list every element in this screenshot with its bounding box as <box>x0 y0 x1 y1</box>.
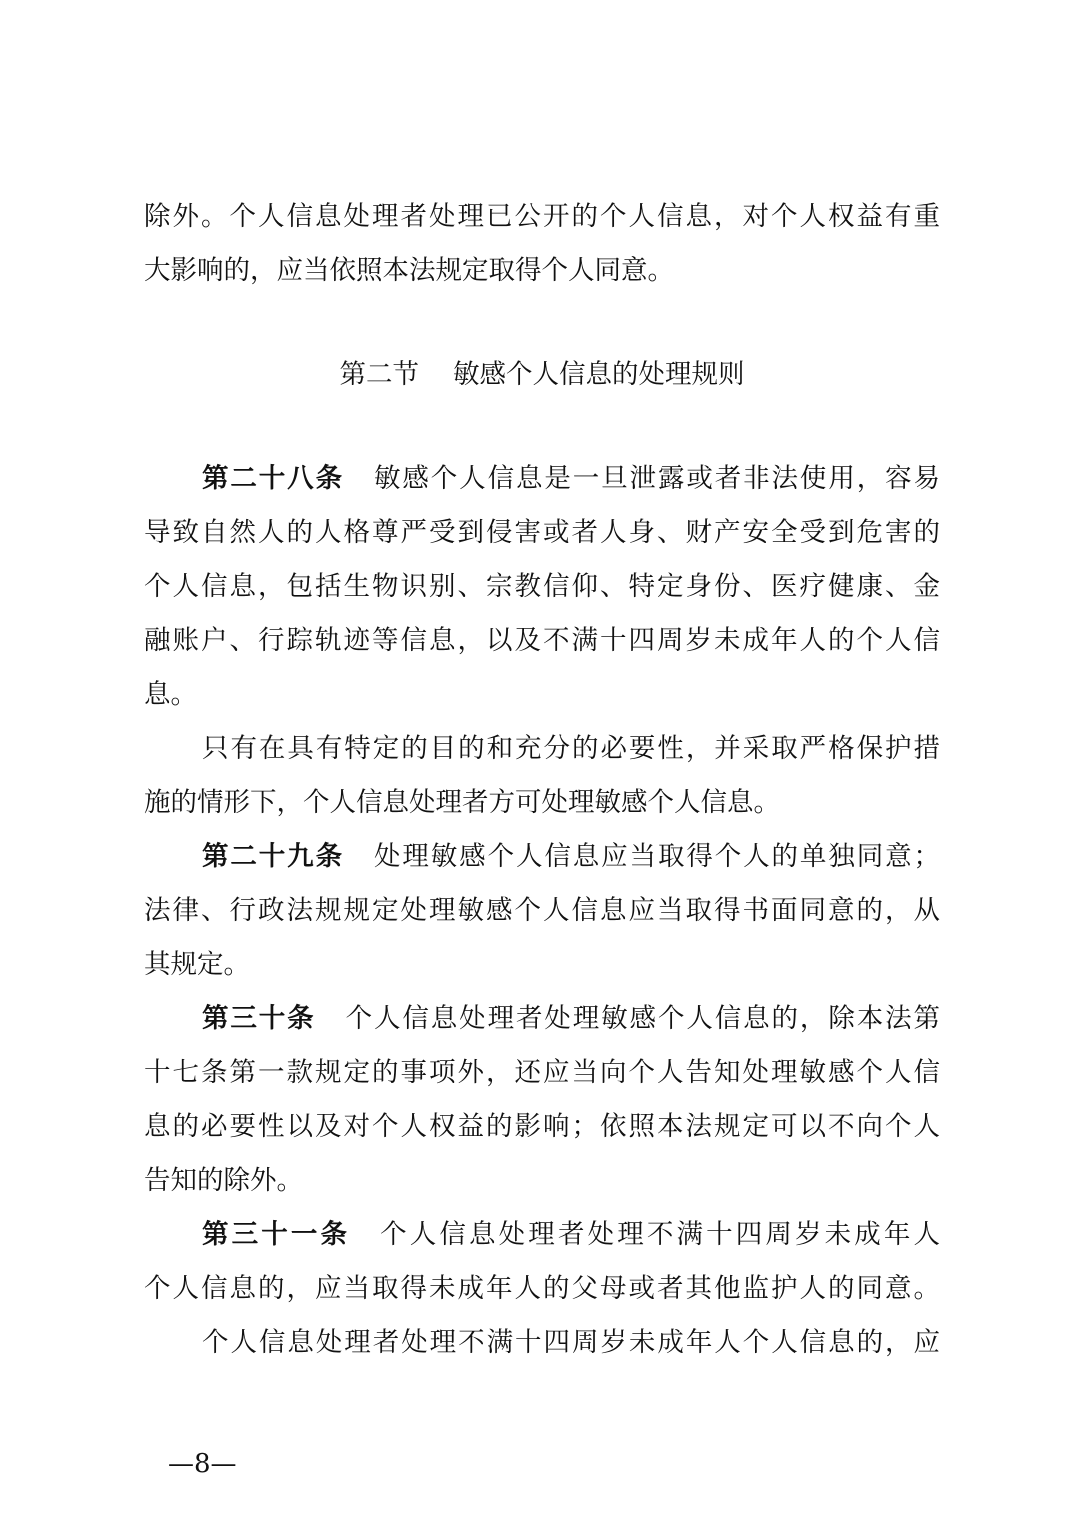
article-30-line-1: 第三十条个人信息处理者处理敏感个人信息的，除本法第 <box>144 992 940 1046</box>
article-text-line: 息的必要性以及对个人权益的影响；依照本法规定可以不向个人 <box>144 1100 940 1154</box>
article-text-line: 十七条第一款规定的事项外，还应当向个人告知处理敏感个人信 <box>144 1046 940 1100</box>
article-text: 个人信息处理者处理敏感个人信息的，除本法第 <box>346 1003 940 1034</box>
article-label: 第二十八条 <box>202 463 344 494</box>
article-28-line-1: 第二十八条敏感个人信息是一旦泄露或者非法使用，容易 <box>144 452 940 506</box>
article-text-line: 法律、行政法规规定处理敏感个人信息应当取得书面同意的，从 <box>144 884 940 938</box>
article-text-line: 施的情形下，个人信息处理者方可处理敏感个人信息。 <box>144 776 780 830</box>
page-number: —8— <box>168 1444 237 1484</box>
article-text-line: 个人信息处理者处理不满十四周岁未成年人个人信息的，应 <box>144 1316 940 1370</box>
article-text: 个人信息处理者处理不满十四周岁未成年人 <box>380 1219 940 1250</box>
article-text: 敏感个人信息是一旦泄露或者非法使用，容易 <box>374 463 940 494</box>
article-text-line: 其规定。 <box>144 938 250 992</box>
section-number: 第二节 <box>340 359 420 390</box>
article-text-line: 导致自然人的人格尊严受到侵害或者人身、财产安全受到危害的 <box>144 506 940 560</box>
intro-line: 除外。个人信息处理者处理已公开的个人信息，对个人权益有重 <box>144 190 940 244</box>
article-29-line-1: 第二十九条处理敏感个人信息应当取得个人的单独同意； <box>144 830 940 884</box>
article-text-line: 融账户、行踪轨迹等信息，以及不满十四周岁未成年人的个人信 <box>144 614 940 668</box>
section-title: 敏感个人信息的处理规则 <box>453 359 745 390</box>
intro-line: 大影响的，应当依照本法规定取得个人同意。 <box>144 244 674 298</box>
article-label: 第三十一条 <box>202 1219 350 1250</box>
article-text-line: 息。 <box>144 668 197 722</box>
article-text: 处理敏感个人信息应当取得个人的单独同意； <box>374 841 940 872</box>
article-text-line: 个人信息的，应当取得未成年人的父母或者其他监护人的同意。 <box>144 1262 940 1316</box>
article-31-line-1: 第三十一条个人信息处理者处理不满十四周岁未成年人 <box>144 1208 940 1262</box>
article-text-line: 个人信息，包括生物识别、宗教信仰、特定身份、医疗健康、金 <box>144 560 940 614</box>
article-text-line: 告知的除外。 <box>144 1154 303 1208</box>
article-text-line: 只有在具有特定的目的和充分的必要性，并采取严格保护措 <box>144 722 940 776</box>
article-label: 第三十条 <box>202 1003 316 1034</box>
article-label: 第二十九条 <box>202 841 344 872</box>
section-heading: 第二节敏感个人信息的处理规则 <box>144 348 940 402</box>
